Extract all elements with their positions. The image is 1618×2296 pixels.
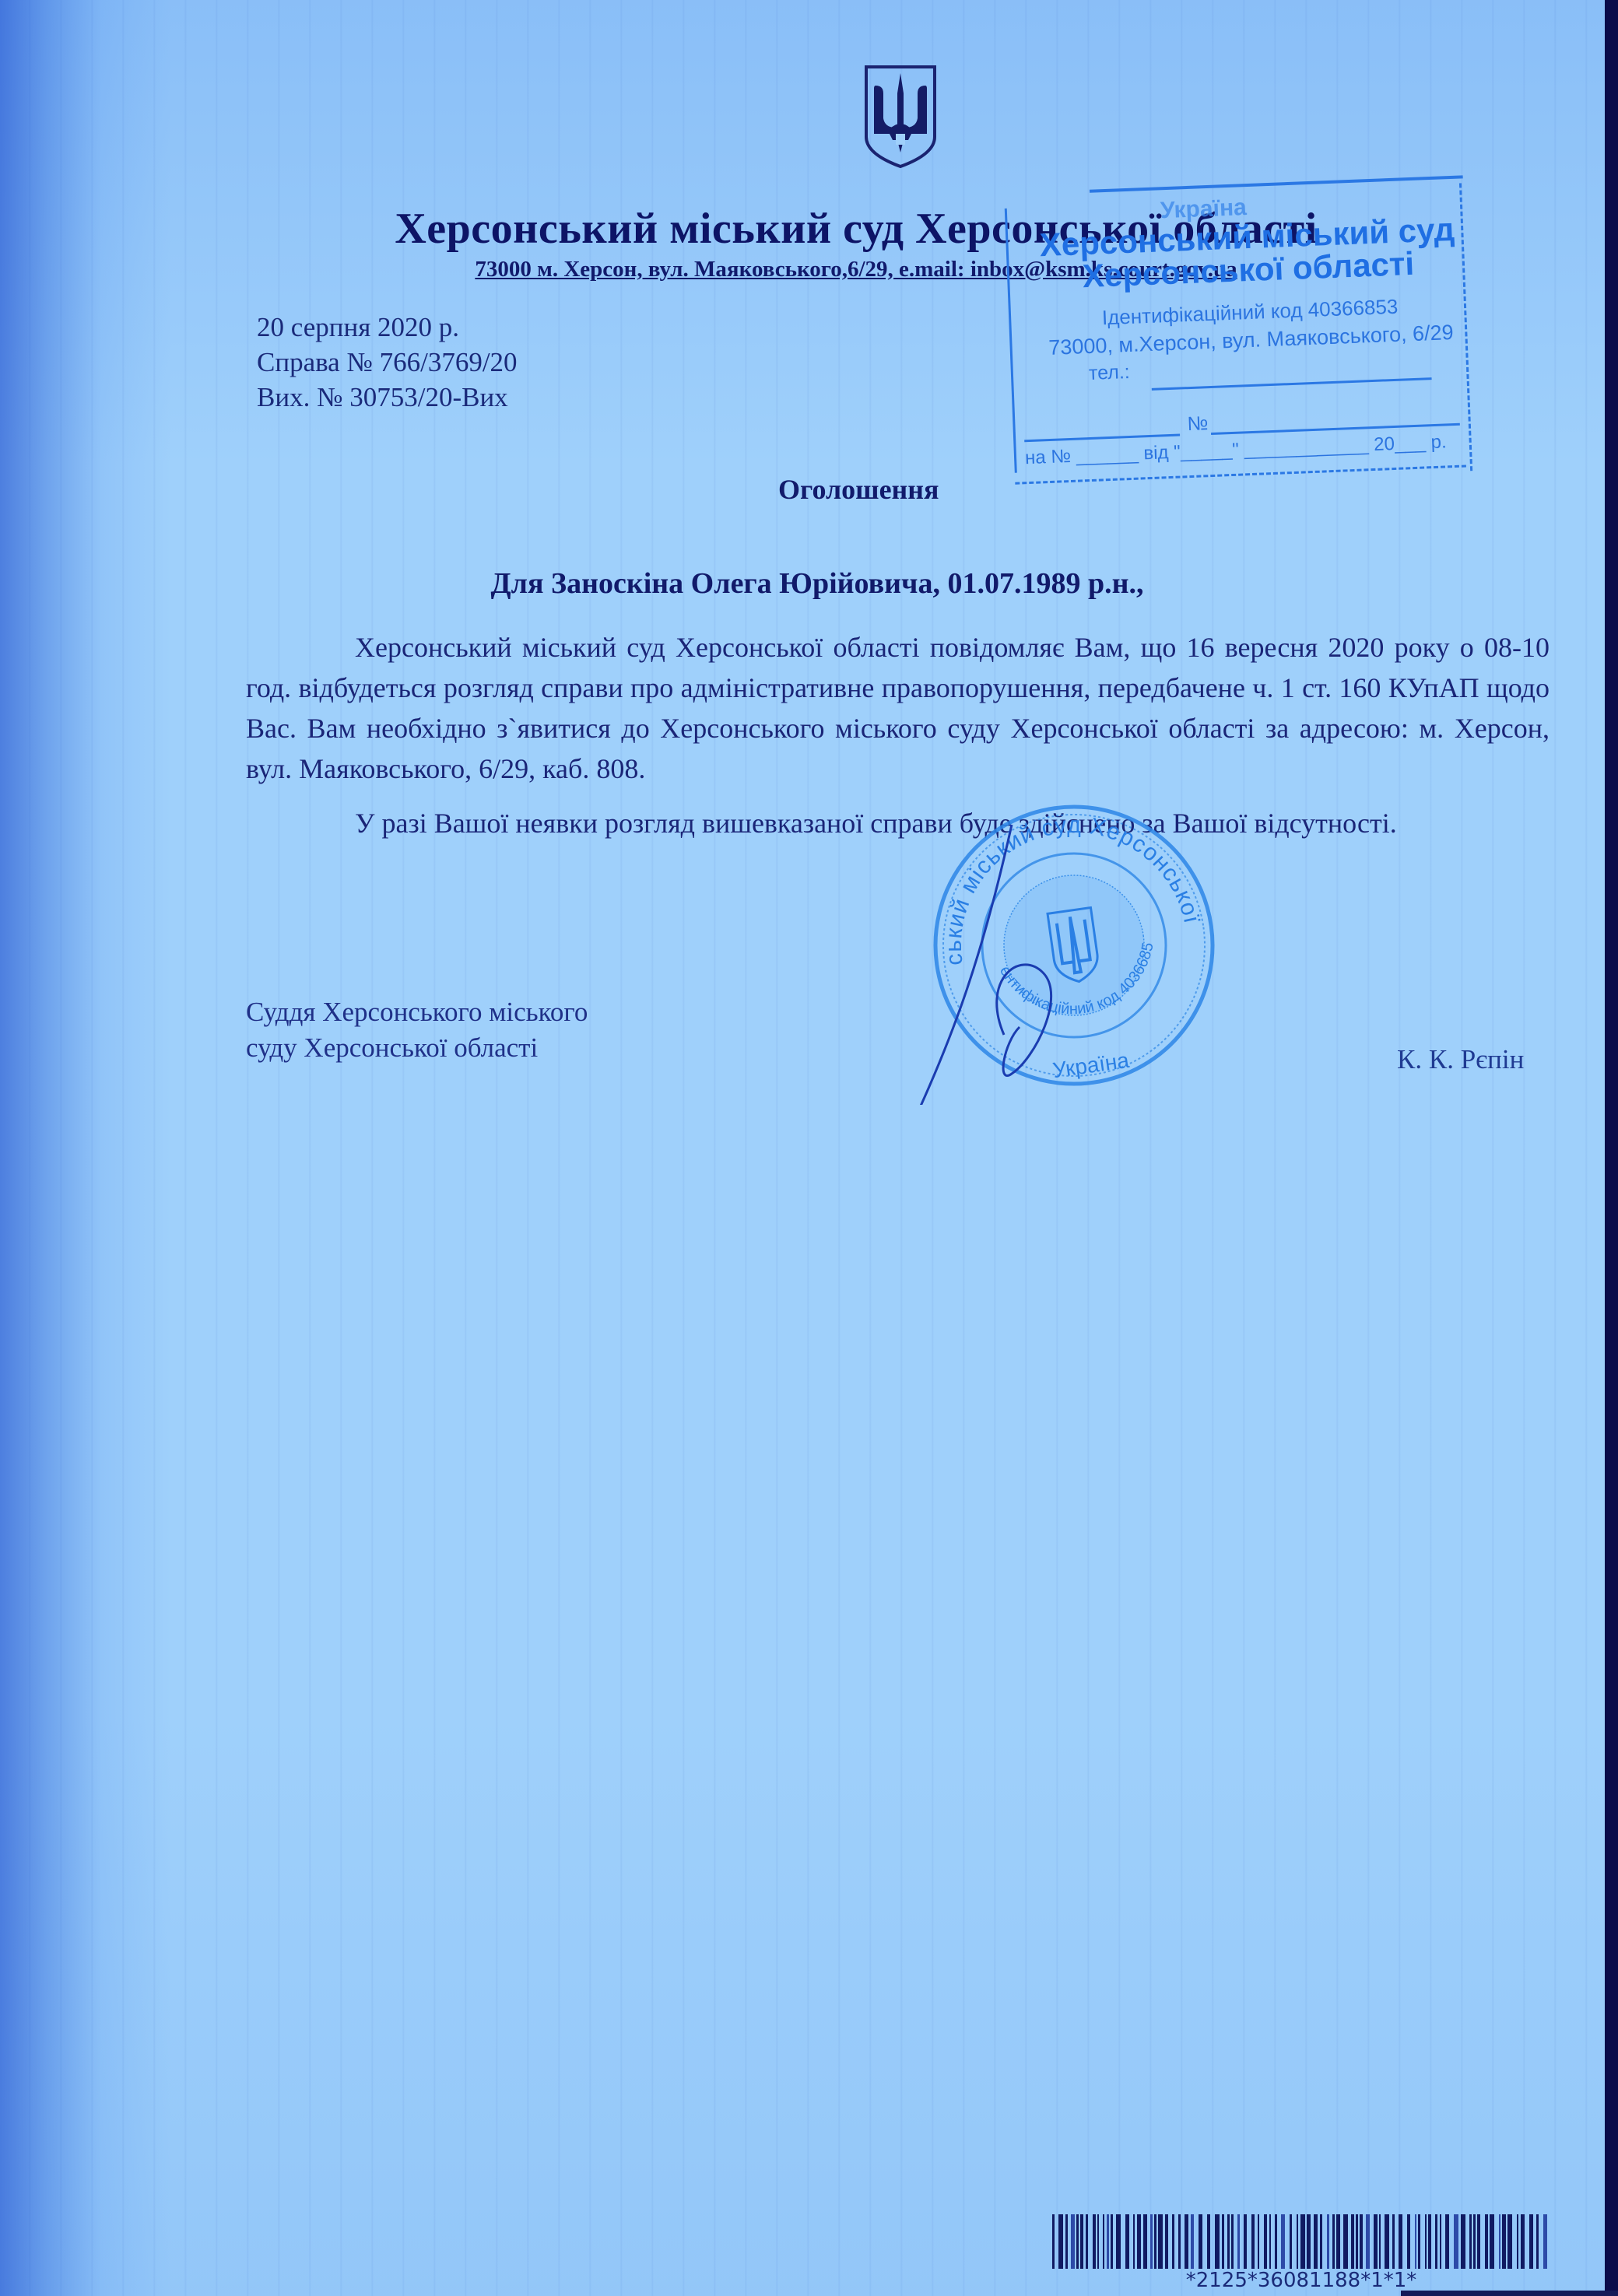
notice-paragraph: Херсонський міський суд Херсонської обла…	[246, 627, 1550, 789]
signer-position-line: суду Херсонської області	[246, 1030, 588, 1066]
signer-name: К. К. Рєпін	[1397, 1044, 1524, 1075]
stamp-number-row: №	[1023, 400, 1459, 416]
outgoing-number: Вих. № 30753/20-Вих	[257, 380, 518, 415]
document-meta: 20 серпня 2020 р. Справа № 766/3769/20 В…	[257, 310, 518, 415]
notice-addressee: Для Заноскіна Олега Юрійовича, 01.07.198…	[233, 566, 1401, 601]
stamp-tel-line	[1152, 377, 1432, 391]
signer-position-line: Суддя Херсонського міського	[246, 994, 588, 1030]
scan-edge	[1605, 0, 1618, 2296]
barcode-icon	[1052, 2214, 1550, 2269]
coat-of-arms-icon	[862, 62, 939, 171]
document-date: 20 серпня 2020 р.	[257, 310, 518, 345]
stamp-number-sign: №	[1187, 412, 1209, 436]
registration-stamp: Україна Херсонський міський суд Херсонсь…	[1004, 175, 1474, 494]
stamp-tel-label: тел.:	[1088, 361, 1130, 385]
round-seal-icon: Херсонський міський суд Херсонської обла…	[887, 778, 1276, 1105]
barcode-text: *2125*36081188*1*1*	[1052, 2269, 1550, 2292]
stamp-reference-row: на № ______ від "_____" ____________ 20_…	[1025, 430, 1469, 469]
case-number: Справа № 766/3769/20	[257, 345, 518, 380]
signer-position: Суддя Херсонського міського суду Херсонс…	[246, 994, 588, 1066]
notice-title: Оголошення	[778, 473, 939, 506]
